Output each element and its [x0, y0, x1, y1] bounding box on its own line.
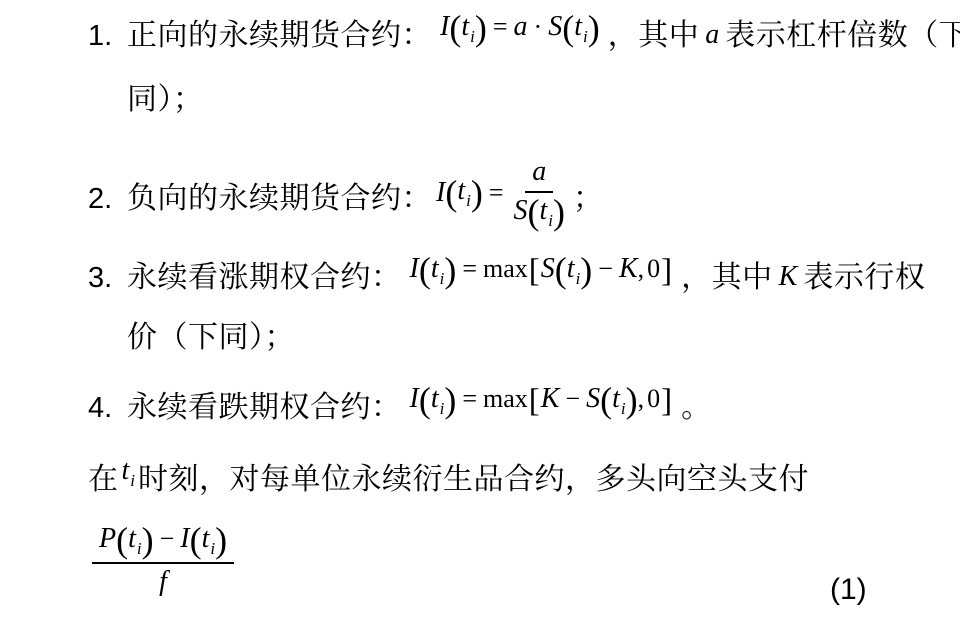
list-item-label: 正向的永续期货合约：: [127, 18, 432, 54]
funding-paragraph: 在 ti 时刻，对每单位永续衍生品合约，多头向空头支付: [88, 462, 809, 498]
list-item-4: 4. 永续看跌期权合约： I(ti)=max[K−S(ti),0] 。: [88, 390, 712, 426]
list-item-3: 3. 永续看涨期权合约： I(ti)=max[S(ti)−K,0] ，其中 K …: [88, 260, 925, 296]
list-item-1: 1. 正向的永续期货合约： I(ti)=a·S(ti) ，其中 a 表示杠杆倍数…: [88, 18, 960, 54]
list-item-label: 负向的永续期货合约：: [127, 181, 432, 217]
list-item-1-continuation: 同）；: [127, 82, 204, 118]
list-item-after-formula: ；: [573, 181, 604, 217]
formula-funding-payment: P(ti)−I(ti)f: [88, 524, 238, 597]
list-item-number: 1.: [88, 18, 127, 54]
formula-futures-long: I(ti)=a·S(ti): [440, 12, 600, 47]
list-item-label: 永续看跌期权合约：: [127, 390, 402, 426]
time-variable: ti: [122, 456, 136, 491]
list-item-after-formula: ，其中: [608, 18, 700, 54]
list-item-after-formula: 。: [681, 390, 712, 426]
formula-call-option: I(ti)=max[S(ti)−K,0]: [410, 254, 674, 289]
list-item-label: 永续看涨期权合约：: [127, 260, 402, 296]
continuation-text: 价（下同）；: [127, 320, 295, 356]
list-item-3-continuation: 价（下同）；: [127, 320, 295, 356]
paragraph-text-before: 在: [88, 462, 119, 498]
document-page: 1. 正向的永续期货合约： I(ti)=a·S(ti) ，其中 a 表示杠杆倍数…: [0, 0, 960, 621]
formula-futures-inverse: I(ti)=aS(ti): [436, 157, 569, 230]
list-item-number: 3.: [88, 260, 127, 296]
list-item-number: 4.: [88, 390, 127, 426]
formula-put-option: I(ti)=max[K−S(ti),0]: [410, 384, 674, 419]
list-item-after-var: 表示杠杆倍数（下: [725, 18, 960, 54]
paragraph-text-after: 时刻，对每单位永续衍生品合约，多头向空头支付: [138, 462, 809, 498]
list-item-number: 2.: [88, 181, 127, 217]
equation-number: (1): [830, 572, 867, 608]
list-item-after-var: 表示行权: [803, 260, 925, 296]
leverage-variable: a: [705, 20, 719, 51]
funding-payment-equation: P(ti)−I(ti)f: [88, 524, 238, 597]
continuation-text: 同）；: [127, 82, 204, 118]
list-item-after-formula: ，其中: [681, 260, 773, 296]
list-item-2: 2. 负向的永续期货合约： I(ti)=aS(ti) ；: [88, 144, 604, 217]
strike-variable: K: [779, 262, 798, 293]
